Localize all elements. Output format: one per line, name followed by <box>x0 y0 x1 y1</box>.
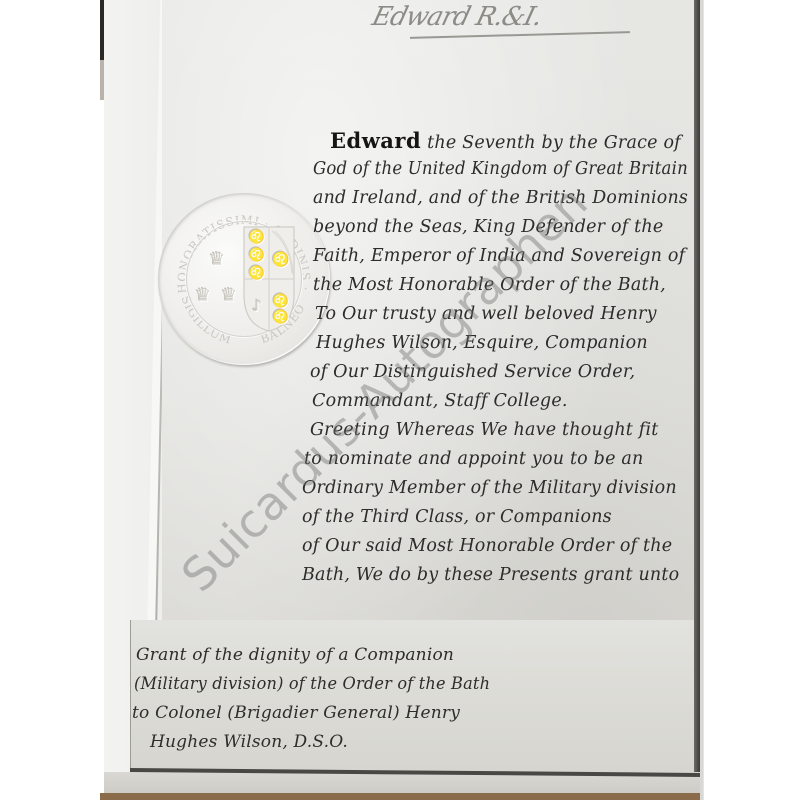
body-line: Hughes Wilson, Esquire, Companion <box>316 333 648 353</box>
endorsement-line: (Military division) of the Order of the … <box>134 674 490 694</box>
body-line: and Ireland, and of the British Dominion… <box>313 188 688 208</box>
body-line: of the Third Class, or Companions <box>302 507 612 527</box>
endorsement-line: Hughes Wilson, D.S.O. <box>150 732 348 752</box>
body-line: beyond the Seas, King Defender of the <box>313 217 663 237</box>
endorsement-line: Grant of the dignity of a Companion <box>136 645 454 665</box>
body-line: Edwardthe Seventh by the Grace of <box>330 128 681 153</box>
endorsement-line: to Colonel (Brigadier General) Henry <box>132 703 460 723</box>
body-line: Ordinary Member of the Military division <box>302 478 677 498</box>
sovereign-name: Edward <box>330 128 421 153</box>
body-line: God of the United Kingdom of Great Brita… <box>313 159 688 179</box>
body-line: of Our said Most Honorable Order of the <box>302 536 672 556</box>
body-line: Bath, We do by these Presents grant unto <box>302 565 679 585</box>
document-photo: Edward R.&I. HONORATISSIMI · ORDINIS · D… <box>0 0 800 800</box>
